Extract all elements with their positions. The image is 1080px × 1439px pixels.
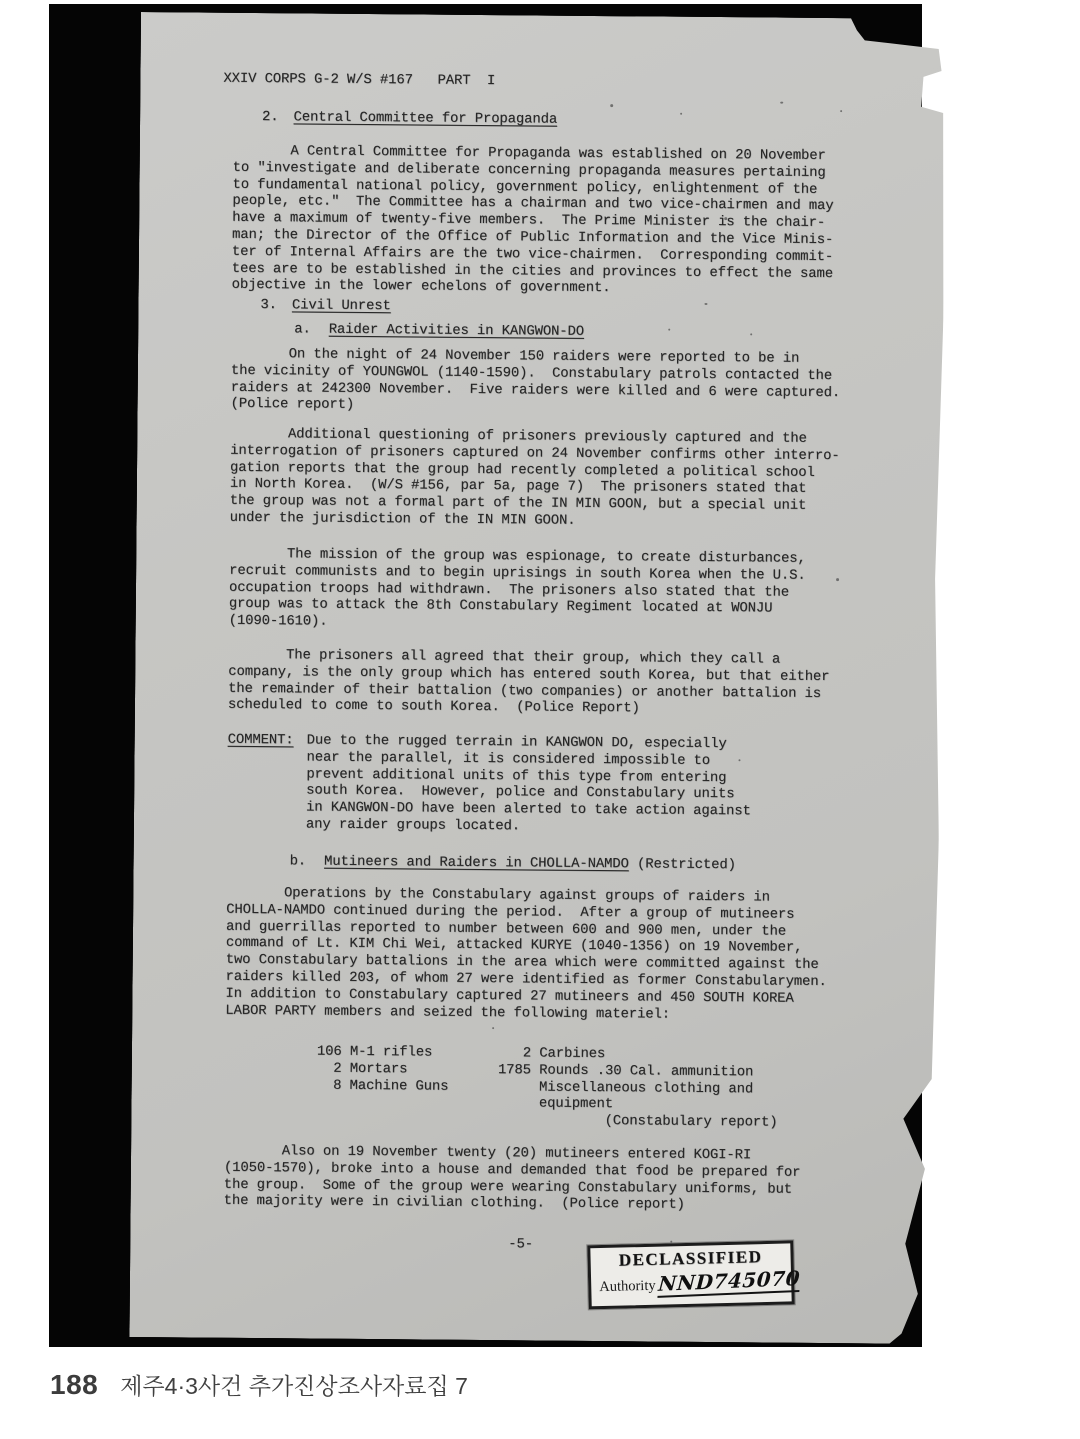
spacer — [311, 321, 329, 338]
dust-speck — [750, 333, 752, 335]
dust-speck — [724, 217, 727, 220]
paragraph-kogi-ri: Also on 19 November twenty (20) mutineer… — [224, 1143, 801, 1215]
subsection-b-title: Mutineers and Raiders in CHOLLA-NAMDO — [324, 854, 629, 873]
paragraph-mission: The mission of the group was espionage, … — [229, 546, 806, 635]
materiel-list: 106 M-1 rifles 2 Carbines 2 Mortars 1785… — [316, 1044, 778, 1132]
dust-speck — [836, 578, 839, 581]
spacer — [278, 109, 293, 126]
subsection-a-heading: a. Raider Activities in KANGWON-DO — [294, 321, 584, 340]
book-footer: 188 제주4·3사건 추가진상조사자료집 7 — [50, 1368, 468, 1401]
paragraph-additional-questioning: Additional questioning of prisoners prev… — [230, 426, 840, 532]
spacer — [306, 853, 324, 870]
dust-speck — [780, 102, 783, 104]
dust-speck — [704, 303, 707, 305]
section-3-heading: 3. Civil Unrest — [260, 297, 390, 315]
paragraph-prisoners-agreed: The prisoners all agreed that their grou… — [228, 647, 830, 719]
dust-speck — [610, 104, 613, 107]
book-page: XXIV CORPS G-2 W/S #167 PART I 2. Centra… — [0, 0, 1080, 1439]
dust-speck — [840, 110, 842, 112]
doc-page-number: -5- — [508, 1236, 533, 1253]
subsection-a-number: a. — [294, 321, 311, 338]
subsection-b-suffix: (Restricted) — [629, 856, 736, 874]
section-3-title: Civil Unrest — [292, 297, 391, 315]
book-caption: 제주4·3사건 추가진상조사자료집 7 — [120, 1368, 468, 1401]
declassified-stamp: DECLASSIFIED Authority NND745070 — [587, 1240, 795, 1309]
dust-speck — [492, 1027, 494, 1029]
subsection-a-title: Raider Activities in KANGWON-DO — [329, 322, 584, 341]
subsection-b-heading: b. Mutineers and Raiders in CHOLLA-NAMDO… — [290, 853, 736, 874]
spacer — [277, 297, 292, 314]
comment-text: Due to the rugged terrain in KANGWON DO,… — [306, 732, 752, 837]
section-2-heading: 2. Central Committee for Propaganda — [262, 109, 557, 128]
book-page-number: 188 — [50, 1369, 98, 1401]
paper-sheet: XXIV CORPS G-2 W/S #167 PART I 2. Centra… — [129, 12, 949, 1344]
section-2-number: 2. — [262, 109, 279, 126]
stamp-authority-label: Authority — [599, 1278, 656, 1296]
paragraph-propaganda: A Central Committee for Propaganda was e… — [232, 143, 835, 299]
subsection-b-number: b. — [290, 853, 307, 870]
dust-speck — [738, 759, 740, 761]
section-2-title: Central Committee for Propaganda — [293, 109, 557, 128]
section-3-number: 3. — [260, 297, 277, 314]
paragraph-raiders-youngwol: On the night of 24 November 150 raiders … — [231, 346, 841, 419]
comment-label: COMMENT: — [228, 732, 294, 749]
stamp-authority-handwritten-value: NND745070 — [658, 1266, 801, 1298]
doc-header: XXIV CORPS G-2 W/S #167 PART I — [223, 71, 495, 90]
dust-speck — [668, 329, 670, 331]
dust-speck — [670, 1241, 672, 1243]
paragraph-operations-cholla: Operations by the Constabulary against g… — [225, 885, 827, 1025]
declassified-stamp-authority-row: Authority NND745070 — [591, 1267, 792, 1298]
dust-speck — [680, 113, 682, 115]
document-scan: XXIV CORPS G-2 W/S #167 PART I 2. Centra… — [49, 4, 922, 1347]
